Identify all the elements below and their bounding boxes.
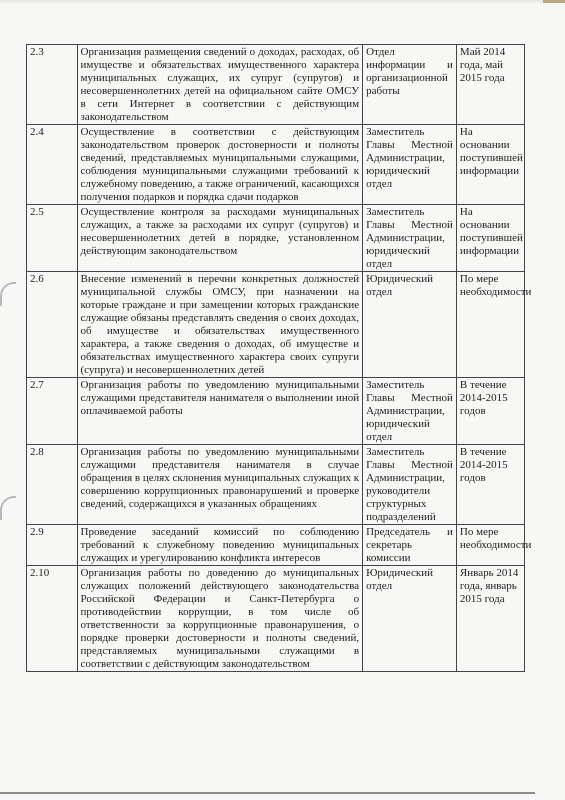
item-responsible: Заместитель Главы Местной Администрации,… — [363, 205, 457, 272]
page-top-edge — [0, 0, 565, 4]
item-number: 2.5 — [27, 205, 78, 272]
item-number: 2.8 — [27, 445, 78, 525]
item-deadline: Январь 2014 года, январь 2015 года — [456, 566, 524, 672]
table-row: 2.8 Организация работы по уведомлению му… — [27, 445, 525, 525]
table-row: 2.10 Организация работы по доведению до … — [27, 566, 525, 672]
measures-table: 2.3 Организация размещения сведений о до… — [26, 44, 525, 672]
item-responsible: Отдел информации и организационной работ… — [363, 45, 457, 125]
item-description: Организация размещения сведений о дохода… — [77, 45, 363, 125]
item-responsible: Заместитель Главы Местной Администрации,… — [363, 445, 457, 525]
item-description: Организация работы по доведению до муниц… — [77, 566, 363, 672]
item-description: Организация работы по уведомлению муници… — [77, 445, 363, 525]
item-deadline: В течение 2014-2015 годов — [456, 378, 524, 445]
table-row: 2.9 Проведение заседаний комиссий по соб… — [27, 525, 525, 566]
item-deadline: По мере необходимости — [456, 525, 524, 566]
item-description: Осуществление контроля за расходами муни… — [77, 205, 363, 272]
item-description: Проведение заседаний комиссий по соблюде… — [77, 525, 363, 566]
item-number: 2.9 — [27, 525, 78, 566]
item-number: 2.10 — [27, 566, 78, 672]
item-deadline: В течение 2014-2015 годов — [456, 445, 524, 525]
item-deadline: Май 2014 года, май 2015 года — [456, 45, 524, 125]
table-row: 2.3 Организация размещения сведений о до… — [27, 45, 525, 125]
item-number: 2.6 — [27, 272, 78, 378]
table-row: 2.7 Организация работы по уведомлению му… — [27, 378, 525, 445]
binder-hole-mark — [0, 496, 16, 520]
table-row: 2.6 Внесение изменений в перечни конкрет… — [27, 272, 525, 378]
binder-hole-mark — [0, 282, 16, 306]
item-number: 2.4 — [27, 125, 78, 205]
item-description: Осуществление в соответствии с действующ… — [77, 125, 363, 205]
item-responsible: Юридический отдел — [363, 272, 457, 378]
item-number: 2.3 — [27, 45, 78, 125]
scan-bottom-edge — [0, 792, 535, 794]
item-deadline: На основании поступившей информации — [456, 205, 524, 272]
table-row: 2.5 Осуществление контроля за расходами … — [27, 205, 525, 272]
item-responsible: Юридический отдел — [363, 566, 457, 672]
item-responsible: Председатель и секретарь комиссии — [363, 525, 457, 566]
item-responsible: Заместитель Главы Местной Администрации,… — [363, 378, 457, 445]
item-description: Внесение изменений в перечни конкретных … — [77, 272, 363, 378]
item-deadline: На основании поступившей информации — [456, 125, 524, 205]
item-responsible: Заместитель Главы Местной Администрации,… — [363, 125, 457, 205]
table-row: 2.4 Осуществление в соответствии с дейст… — [27, 125, 525, 205]
item-description: Организация работы по уведомлению муници… — [77, 378, 363, 445]
item-number: 2.7 — [27, 378, 78, 445]
scan-corner-mark — [543, 0, 565, 3]
item-deadline: По мере необходимости — [456, 272, 524, 378]
